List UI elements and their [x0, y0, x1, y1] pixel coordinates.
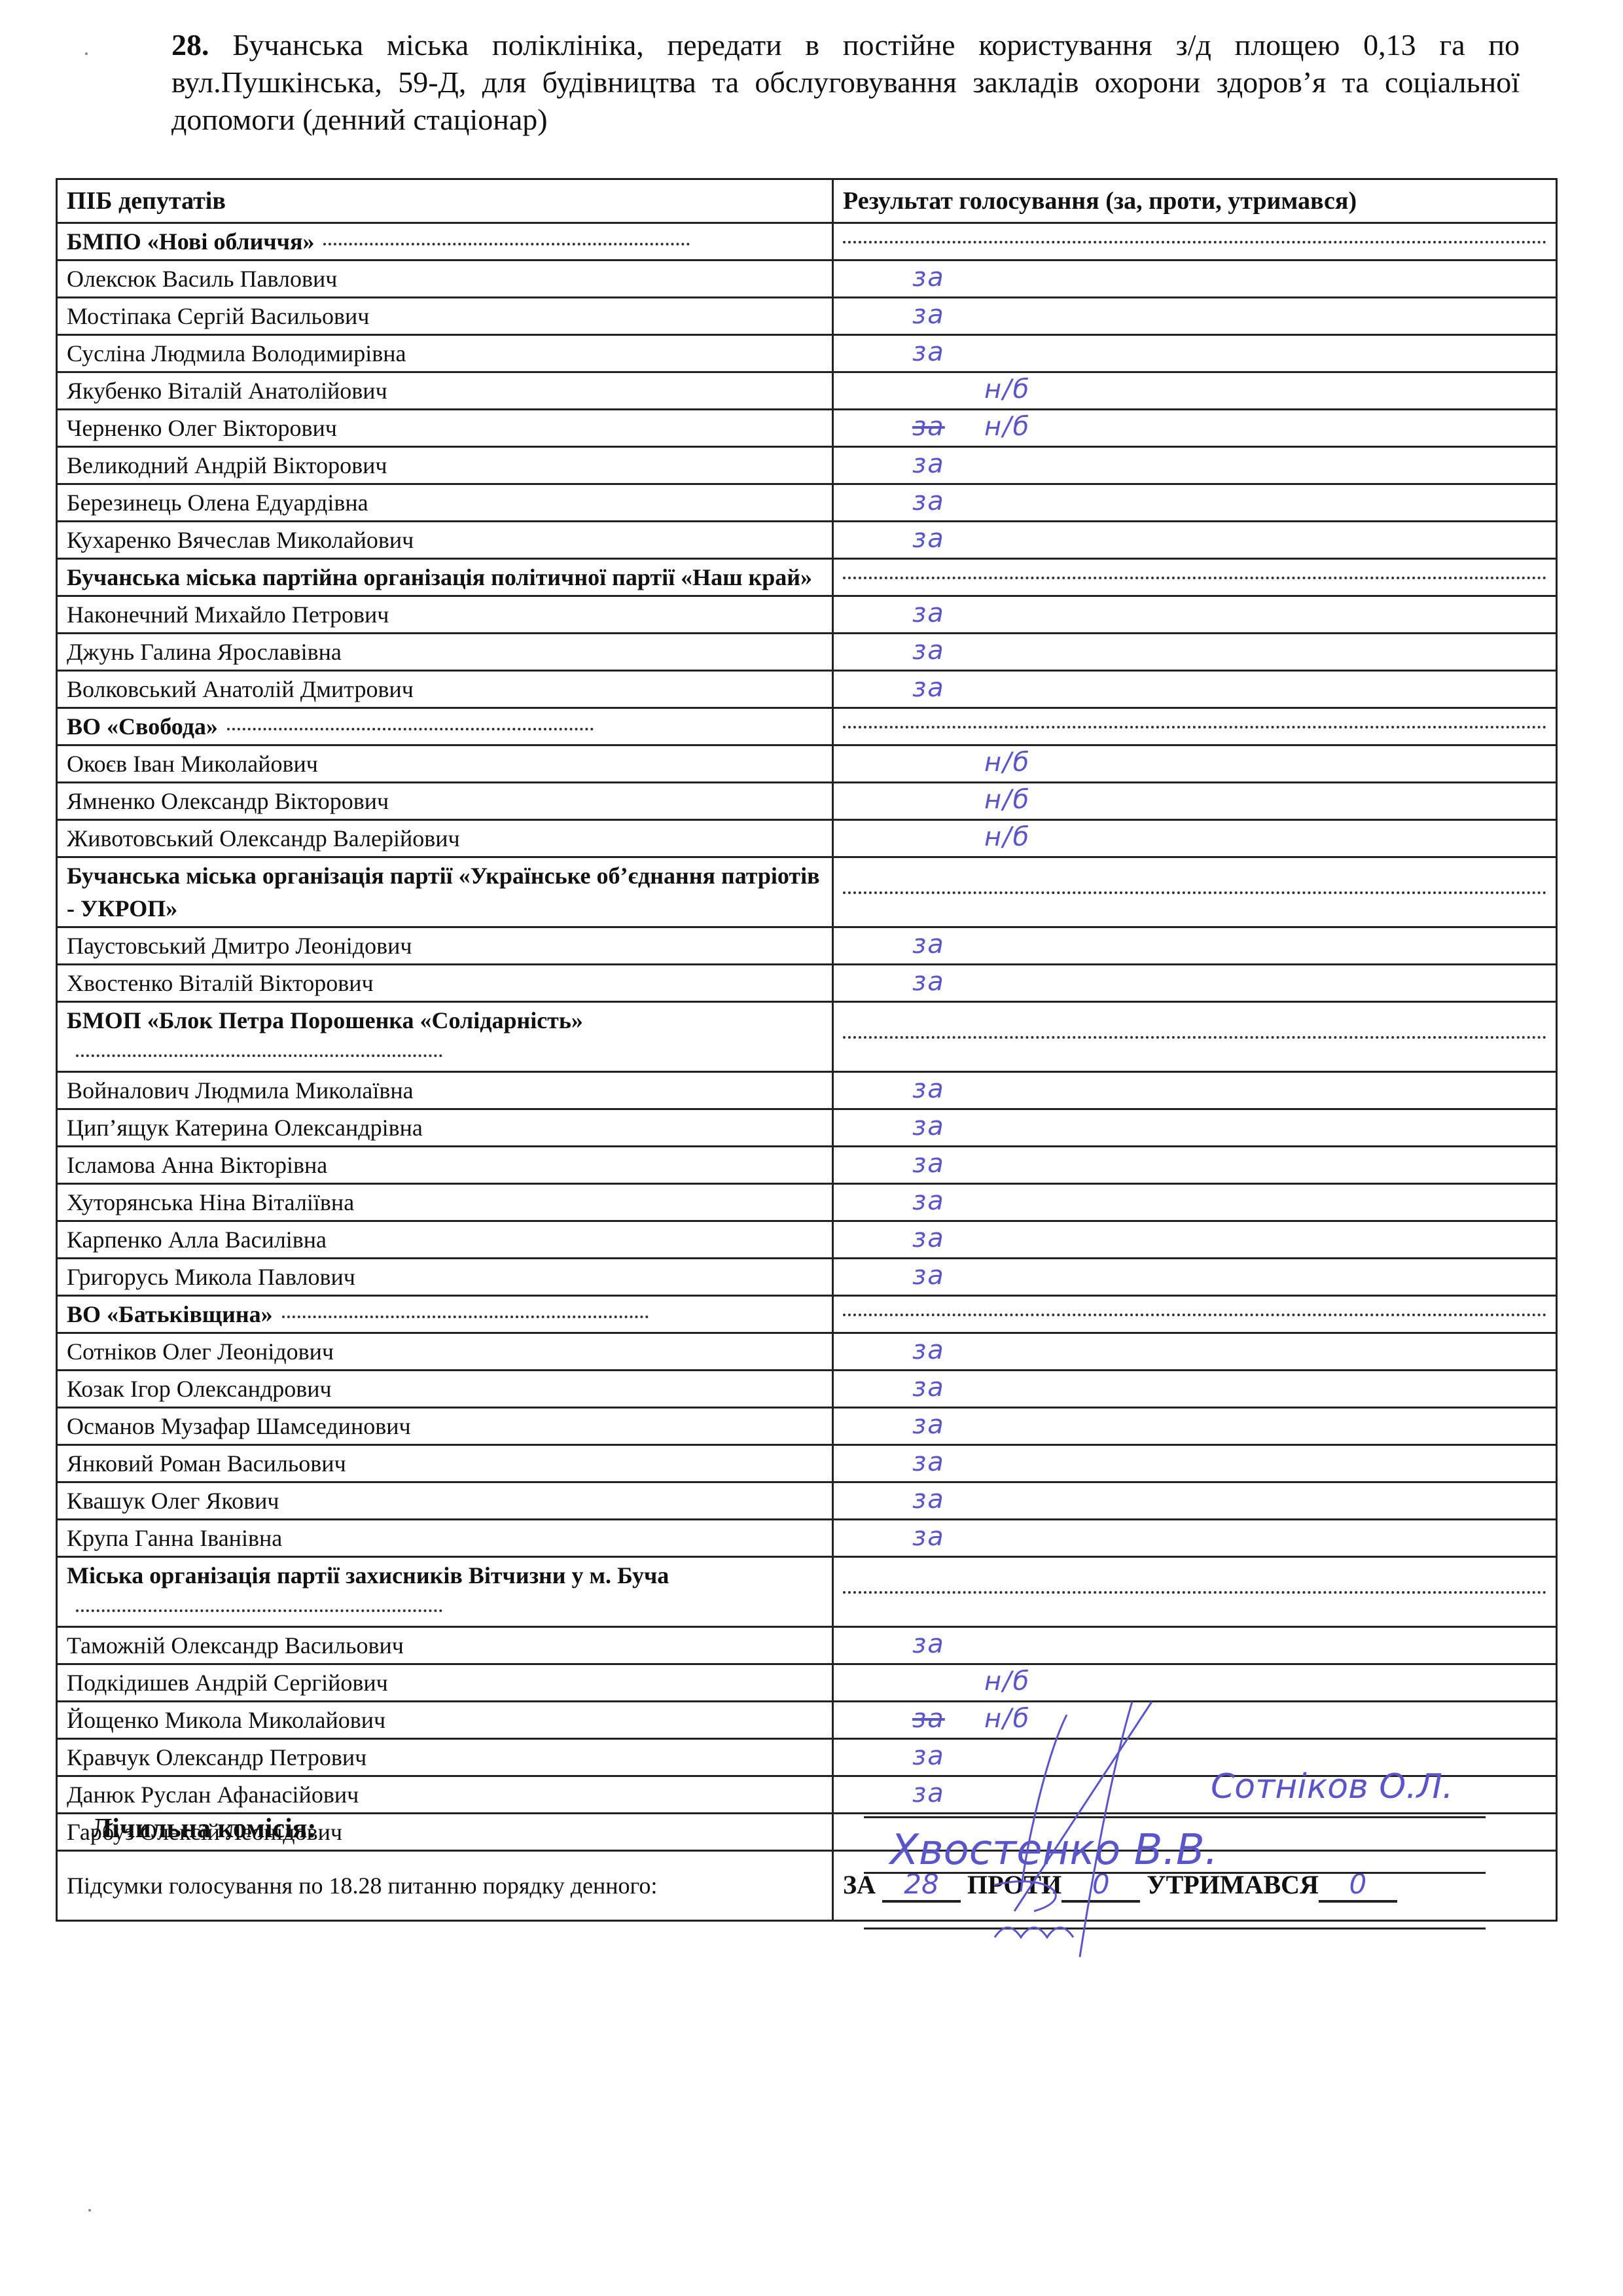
deputy-name: Таможній Олександр Васильович	[57, 1627, 833, 1664]
vote-cell: за	[833, 1259, 1557, 1296]
dotted-line	[843, 891, 1546, 894]
vote-cell: за	[833, 1072, 1557, 1109]
table-row: Великодний Андрій Вікторовичза	[57, 447, 1557, 484]
counting-commission-label: Лічильна комісія:	[92, 1813, 316, 1844]
table-row: Квашук Олег Яковичза	[57, 1482, 1557, 1520]
party-label: ВО «Свобода»	[67, 713, 218, 740]
deputy-name: Хвостенко Віталій Вікторович	[57, 965, 833, 1002]
deputy-name: Паустовський Дмитро Леонідович	[57, 927, 833, 965]
vote-cell: за	[833, 260, 1557, 298]
party-result-cell	[833, 1557, 1557, 1627]
deputy-name: Олексюк Василь Павлович	[57, 260, 833, 298]
dotted-line	[227, 728, 594, 730]
voting-table: ПІБ депутатів Результат голосування (за,…	[56, 178, 1558, 1922]
header-deputies: ПІБ депутатів	[57, 179, 833, 223]
deputy-name: Кухаренко Вячеслав Миколайович	[57, 522, 833, 559]
table-row: Хвостенко Віталій Вікторовичза	[57, 965, 1557, 1002]
agenda-item-number: 28.	[171, 28, 209, 62]
deputy-name: Карпенко Алла Василівна	[57, 1221, 833, 1259]
dotted-line	[843, 577, 1546, 579]
table-row: Ісламова Анна Вікторівназа	[57, 1147, 1557, 1184]
dotted-line	[76, 1054, 442, 1057]
vote-cell: за	[833, 1482, 1557, 1520]
deputy-name: Волковський Анатолій Дмитрович	[57, 671, 833, 708]
vote-mark: за	[912, 1073, 945, 1105]
vote-mark: за	[912, 1222, 945, 1255]
vote-cell: за	[833, 596, 1557, 634]
vote-mark: за	[912, 1520, 945, 1553]
vote-mark: н/б	[984, 821, 1030, 853]
table-row: Черненко Олег Вікторовичзан/б	[57, 410, 1557, 447]
party-name: Бучанська міська партійна організація по…	[57, 559, 833, 596]
deputy-name: Хуторянська Ніна Віталіївна	[57, 1184, 833, 1221]
vote-mark: за	[912, 1110, 945, 1143]
vote-mark: за	[912, 1147, 945, 1180]
party-row: Бучанська міська партійна організація по…	[57, 559, 1557, 596]
deputy-name: Козак Ігор Олександрович	[57, 1371, 833, 1408]
deputy-name: Квашук Олег Якович	[57, 1482, 833, 1520]
vote-struck: за	[912, 410, 945, 443]
dotted-line	[323, 243, 690, 245]
vote-cell: за	[833, 522, 1557, 559]
vote-mark: за	[912, 1628, 945, 1660]
vote-cell: за	[833, 1408, 1557, 1445]
vote-mark: за	[912, 448, 945, 480]
vote-mark: н/б	[984, 783, 1030, 816]
party-row: БМОП «Блок Петра Порошенка «Солідарність…	[57, 1002, 1557, 1072]
vote-mark: н/б	[984, 373, 1030, 406]
scan-artifact	[88, 2209, 91, 2212]
table-row: Якубенко Віталій Анатолійовичн/б	[57, 372, 1557, 410]
vote-cell: н/б	[833, 820, 1557, 857]
table-row: Сусліна Людмила Володимирівназа	[57, 335, 1557, 372]
table-header-row: ПІБ депутатів Результат голосування (за,…	[57, 179, 1557, 223]
for-label: ЗА	[843, 1870, 876, 1899]
vote-mark: за	[912, 597, 945, 630]
party-label: ВО «Батьківщина»	[67, 1301, 273, 1327]
scan-artifact	[85, 52, 88, 55]
deputy-name: Цип’ящук Катерина Олександрівна	[57, 1109, 833, 1147]
deputy-name: Османов Музафар Шамсединович	[57, 1408, 833, 1445]
summary-label: Підсумки голосування по 18.28 питанню по…	[57, 1851, 833, 1921]
vote-mark: за	[912, 1483, 945, 1516]
table-row: Козак Ігор Олександровичза	[57, 1371, 1557, 1408]
vote-cell: за	[833, 1109, 1557, 1147]
deputy-name: Березинець Олена Едуардівна	[57, 484, 833, 522]
vote-cell: за	[833, 1520, 1557, 1557]
vote-cell: за	[833, 298, 1557, 335]
vote-mark: за	[912, 1185, 945, 1217]
vote-cell: за	[833, 1184, 1557, 1221]
table-row: Османов Музафар Шамсединовичза	[57, 1408, 1557, 1445]
deputy-name: Ямненко Олександр Вікторович	[57, 783, 833, 820]
party-row: Міська організація партії захисників Віт…	[57, 1557, 1557, 1627]
signature-scribble	[916, 1676, 1374, 1977]
party-row: ВО «Свобода»	[57, 708, 1557, 745]
deputy-name: Кравчук Олександр Петрович	[57, 1739, 833, 1776]
deputy-name: Окоєв Іван Миколайович	[57, 745, 833, 783]
vote-cell: за	[833, 927, 1557, 965]
vote-cell: за	[833, 1371, 1557, 1408]
table-row: Паустовський Дмитро Леонідовичза	[57, 927, 1557, 965]
table-row: Волковський Анатолій Дмитровичза	[57, 671, 1557, 708]
vote-cell: за	[833, 671, 1557, 708]
deputy-name: Йощенко Микола Миколайович	[57, 1702, 833, 1739]
deputy-name: Янковий Роман Васильович	[57, 1445, 833, 1482]
header-result: Результат голосування (за, проти, утрима…	[833, 179, 1557, 223]
deputy-name: Якубенко Віталій Анатолійович	[57, 372, 833, 410]
deputy-name: Черненко Олег Вікторович	[57, 410, 833, 447]
deputy-name: Мостіпака Сергій Васильович	[57, 298, 833, 335]
deputy-name: Животовський Олександр Валерійович	[57, 820, 833, 857]
vote-cell: за	[833, 335, 1557, 372]
vote-mark: н/б	[984, 746, 1030, 779]
party-result-cell	[833, 559, 1557, 596]
vote-cell: за	[833, 1221, 1557, 1259]
party-name: БМОП «Блок Петра Порошенка «Солідарність…	[57, 1002, 833, 1072]
deputy-name: Джунь Галина Ярославівна	[57, 634, 833, 671]
table-row: Олексюк Василь Павловичза	[57, 260, 1557, 298]
party-result-cell	[833, 1296, 1557, 1333]
vote-cell: н/б	[833, 745, 1557, 783]
agenda-item-heading: 28. Бучанська міська поліклініка, переда…	[171, 26, 1520, 138]
deputy-name: Крупа Ганна Іванівна	[57, 1520, 833, 1557]
party-row: ВО «Батьківщина»	[57, 1296, 1557, 1333]
table-row: Джунь Галина Ярославівназа	[57, 634, 1557, 671]
vote-mark: н/б	[984, 410, 1030, 443]
table-row: Ямненко Олександр Вікторовичн/б	[57, 783, 1557, 820]
table-row: Крупа Ганна Іванівназа	[57, 1520, 1557, 1557]
vote-mark: за	[912, 672, 945, 704]
table-row: Сотніков Олег Леонідовичза	[57, 1333, 1557, 1371]
table-row: Мостіпака Сергій Васильовичза	[57, 298, 1557, 335]
party-result-cell	[833, 223, 1557, 260]
table-row: Наконечний Михайло Петровичза	[57, 596, 1557, 634]
vote-cell: за	[833, 484, 1557, 522]
party-label: Бучанська міська організація партії «Укр…	[67, 863, 820, 922]
table-row: Цип’ящук Катерина Олександрівназа	[57, 1109, 1557, 1147]
party-row: Бучанська міська організація партії «Укр…	[57, 857, 1557, 927]
table-row: Окоєв Іван Миколайовичн/б	[57, 745, 1557, 783]
party-label: Бучанська міська партійна організація по…	[67, 564, 812, 590]
vote-mark: за	[912, 634, 945, 667]
dotted-line	[843, 1036, 1546, 1039]
party-result-cell	[833, 857, 1557, 927]
party-name: Міська організація партії захисників Віт…	[57, 1557, 833, 1627]
vote-mark: за	[912, 485, 945, 518]
table-row: Таможній Олександр Васильовичза	[57, 1627, 1557, 1664]
deputy-name: Сусліна Людмила Володимирівна	[57, 335, 833, 372]
table-row: Березинець Олена Едуардівназа	[57, 484, 1557, 522]
party-row: БМПО «Нові обличчя»	[57, 223, 1557, 260]
vote-mark: за	[912, 1371, 945, 1404]
dotted-line	[843, 1591, 1546, 1594]
vote-cell: зан/б	[833, 410, 1557, 447]
table-row: Карпенко Алла Василівназа	[57, 1221, 1557, 1259]
vote-mark: за	[912, 1446, 945, 1479]
deputy-name: Сотніков Олег Леонідович	[57, 1333, 833, 1371]
party-label: Міська організація партії захисників Віт…	[67, 1562, 669, 1588]
party-label: БМПО «Нові обличчя»	[67, 228, 314, 255]
party-result-cell	[833, 708, 1557, 745]
dotted-line	[76, 1609, 442, 1612]
deputy-name: Войналович Людмила Миколаївна	[57, 1072, 833, 1109]
vote-mark: за	[912, 522, 945, 555]
vote-cell: н/б	[833, 783, 1557, 820]
agenda-item-text: Бучанська міська поліклініка, передати в…	[171, 28, 1520, 136]
table-row: Григорусь Микола Павловичза	[57, 1259, 1557, 1296]
vote-mark: за	[912, 1259, 945, 1292]
table-row: Янковий Роман Васильовичза	[57, 1445, 1557, 1482]
vote-mark: за	[912, 928, 945, 961]
vote-mark: за	[912, 336, 945, 368]
vote-cell: н/б	[833, 372, 1557, 410]
party-name: Бучанська міська організація партії «Укр…	[57, 857, 833, 927]
vote-cell: за	[833, 965, 1557, 1002]
vote-cell: за	[833, 634, 1557, 671]
party-name: БМПО «Нові обличчя»	[57, 223, 833, 260]
party-name: ВО «Батьківщина»	[57, 1296, 833, 1333]
party-name: ВО «Свобода»	[57, 708, 833, 745]
table-row: Кухаренко Вячеслав Миколайовичза	[57, 522, 1557, 559]
vote-mark: за	[912, 1334, 945, 1367]
party-label: БМОП «Блок Петра Порошенка «Солідарність…	[67, 1007, 583, 1033]
vote-cell: за	[833, 1333, 1557, 1371]
deputy-name: Великодний Андрій Вікторович	[57, 447, 833, 484]
deputy-name: Григорусь Микола Павлович	[57, 1259, 833, 1296]
table-row: Животовський Олександр Валерійовичн/б	[57, 820, 1557, 857]
vote-cell: за	[833, 1147, 1557, 1184]
vote-cell: за	[833, 447, 1557, 484]
vote-mark: за	[912, 261, 945, 294]
dotted-line	[282, 1316, 649, 1318]
vote-mark: за	[912, 965, 945, 998]
party-result-cell	[833, 1002, 1557, 1072]
dotted-line	[843, 241, 1546, 243]
vote-cell: за	[833, 1445, 1557, 1482]
vote-mark: за	[912, 298, 945, 331]
dotted-line	[843, 1314, 1546, 1316]
deputy-name: Данюк Руслан Афанасійович	[57, 1776, 833, 1814]
vote-cell: за	[833, 1627, 1557, 1664]
table-row: Хуторянська Ніна Віталіївназа	[57, 1184, 1557, 1221]
deputy-name: Ісламова Анна Вікторівна	[57, 1147, 833, 1184]
deputy-name: Подкідишев Андрій Сергійович	[57, 1664, 833, 1702]
vote-mark: за	[912, 1408, 945, 1441]
table-row: Войналович Людмила Миколаївназа	[57, 1072, 1557, 1109]
dotted-line	[843, 726, 1546, 728]
deputy-name: Наконечний Михайло Петрович	[57, 596, 833, 634]
